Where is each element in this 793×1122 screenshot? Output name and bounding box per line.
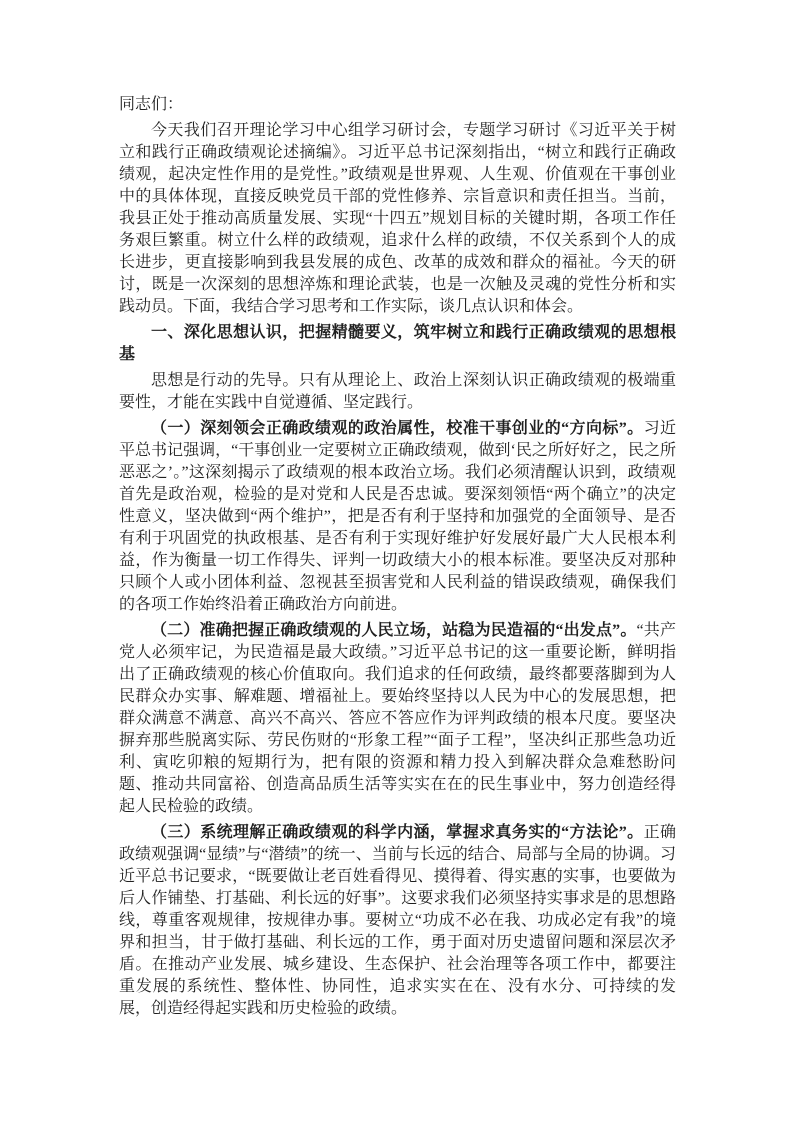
document-content: 同志们： 今天我们召开理论学习中心组学习研讨会，专题学习研讨《习近平关于树立和践… [119, 94, 676, 1024]
document-page: 同志们： 今天我们召开理论学习中心组学习研讨会，专题学习研讨《习近平关于树立和践… [0, 0, 793, 1122]
subsection-2-title: （二）准确把握正确政绩观的人民立场，站稳为民造福的“出发点”。 [151, 622, 637, 639]
section-one-lead-in: 思想是行动的先导。只有从理论上、政治上深刻认识正确政绩观的极端重要性，才能在实践… [119, 370, 676, 414]
subsection-1-title: （一）深刻领会正确政绩观的政治属性，校准干事创业的“方向标”。 [151, 420, 644, 437]
subsection-2-body: “共产党人必须牢记，为民造福是最大政绩。”习近平总书记的这一重要论断，鲜明指出了… [119, 622, 676, 815]
subsection-3-paragraph: （三）系统理解正确政绩观的科学内涵，掌握求真务实的“方法论”。正确政绩观强调“显… [119, 822, 676, 1020]
subsection-2-paragraph: （二）准确把握正确政绩观的人民立场，站稳为民造福的“出发点”。“共产党人必须牢记… [119, 620, 676, 818]
subsection-3-body: 正确政绩观强调“显绩”与“潜绩”的统一、当前与长远的结合、局部与全局的协调。习近… [119, 824, 676, 1017]
subsection-1-body: 习近平总书记强调，“干事创业一定要树立正确政绩观，做到‘民之所好好之，民之所恶恶… [119, 420, 676, 613]
subsection-3-title: （三）系统理解正确政绩观的科学内涵，掌握求真务实的“方法论”。 [151, 824, 644, 841]
section-one-heading: 一、深化思想认识，把握精髓要义，筑牢树立和践行正确政绩观的思想根基 [119, 322, 676, 366]
subsection-1-paragraph: （一）深刻领会正确政绩观的政治属性，校准干事创业的“方向标”。习近平总书记强调，… [119, 418, 676, 616]
salutation: 同志们： [119, 94, 676, 116]
intro-paragraph: 今天我们召开理论学习中心组学习研讨会，专题学习研讨《习近平关于树立和践行正确政绩… [119, 120, 676, 318]
